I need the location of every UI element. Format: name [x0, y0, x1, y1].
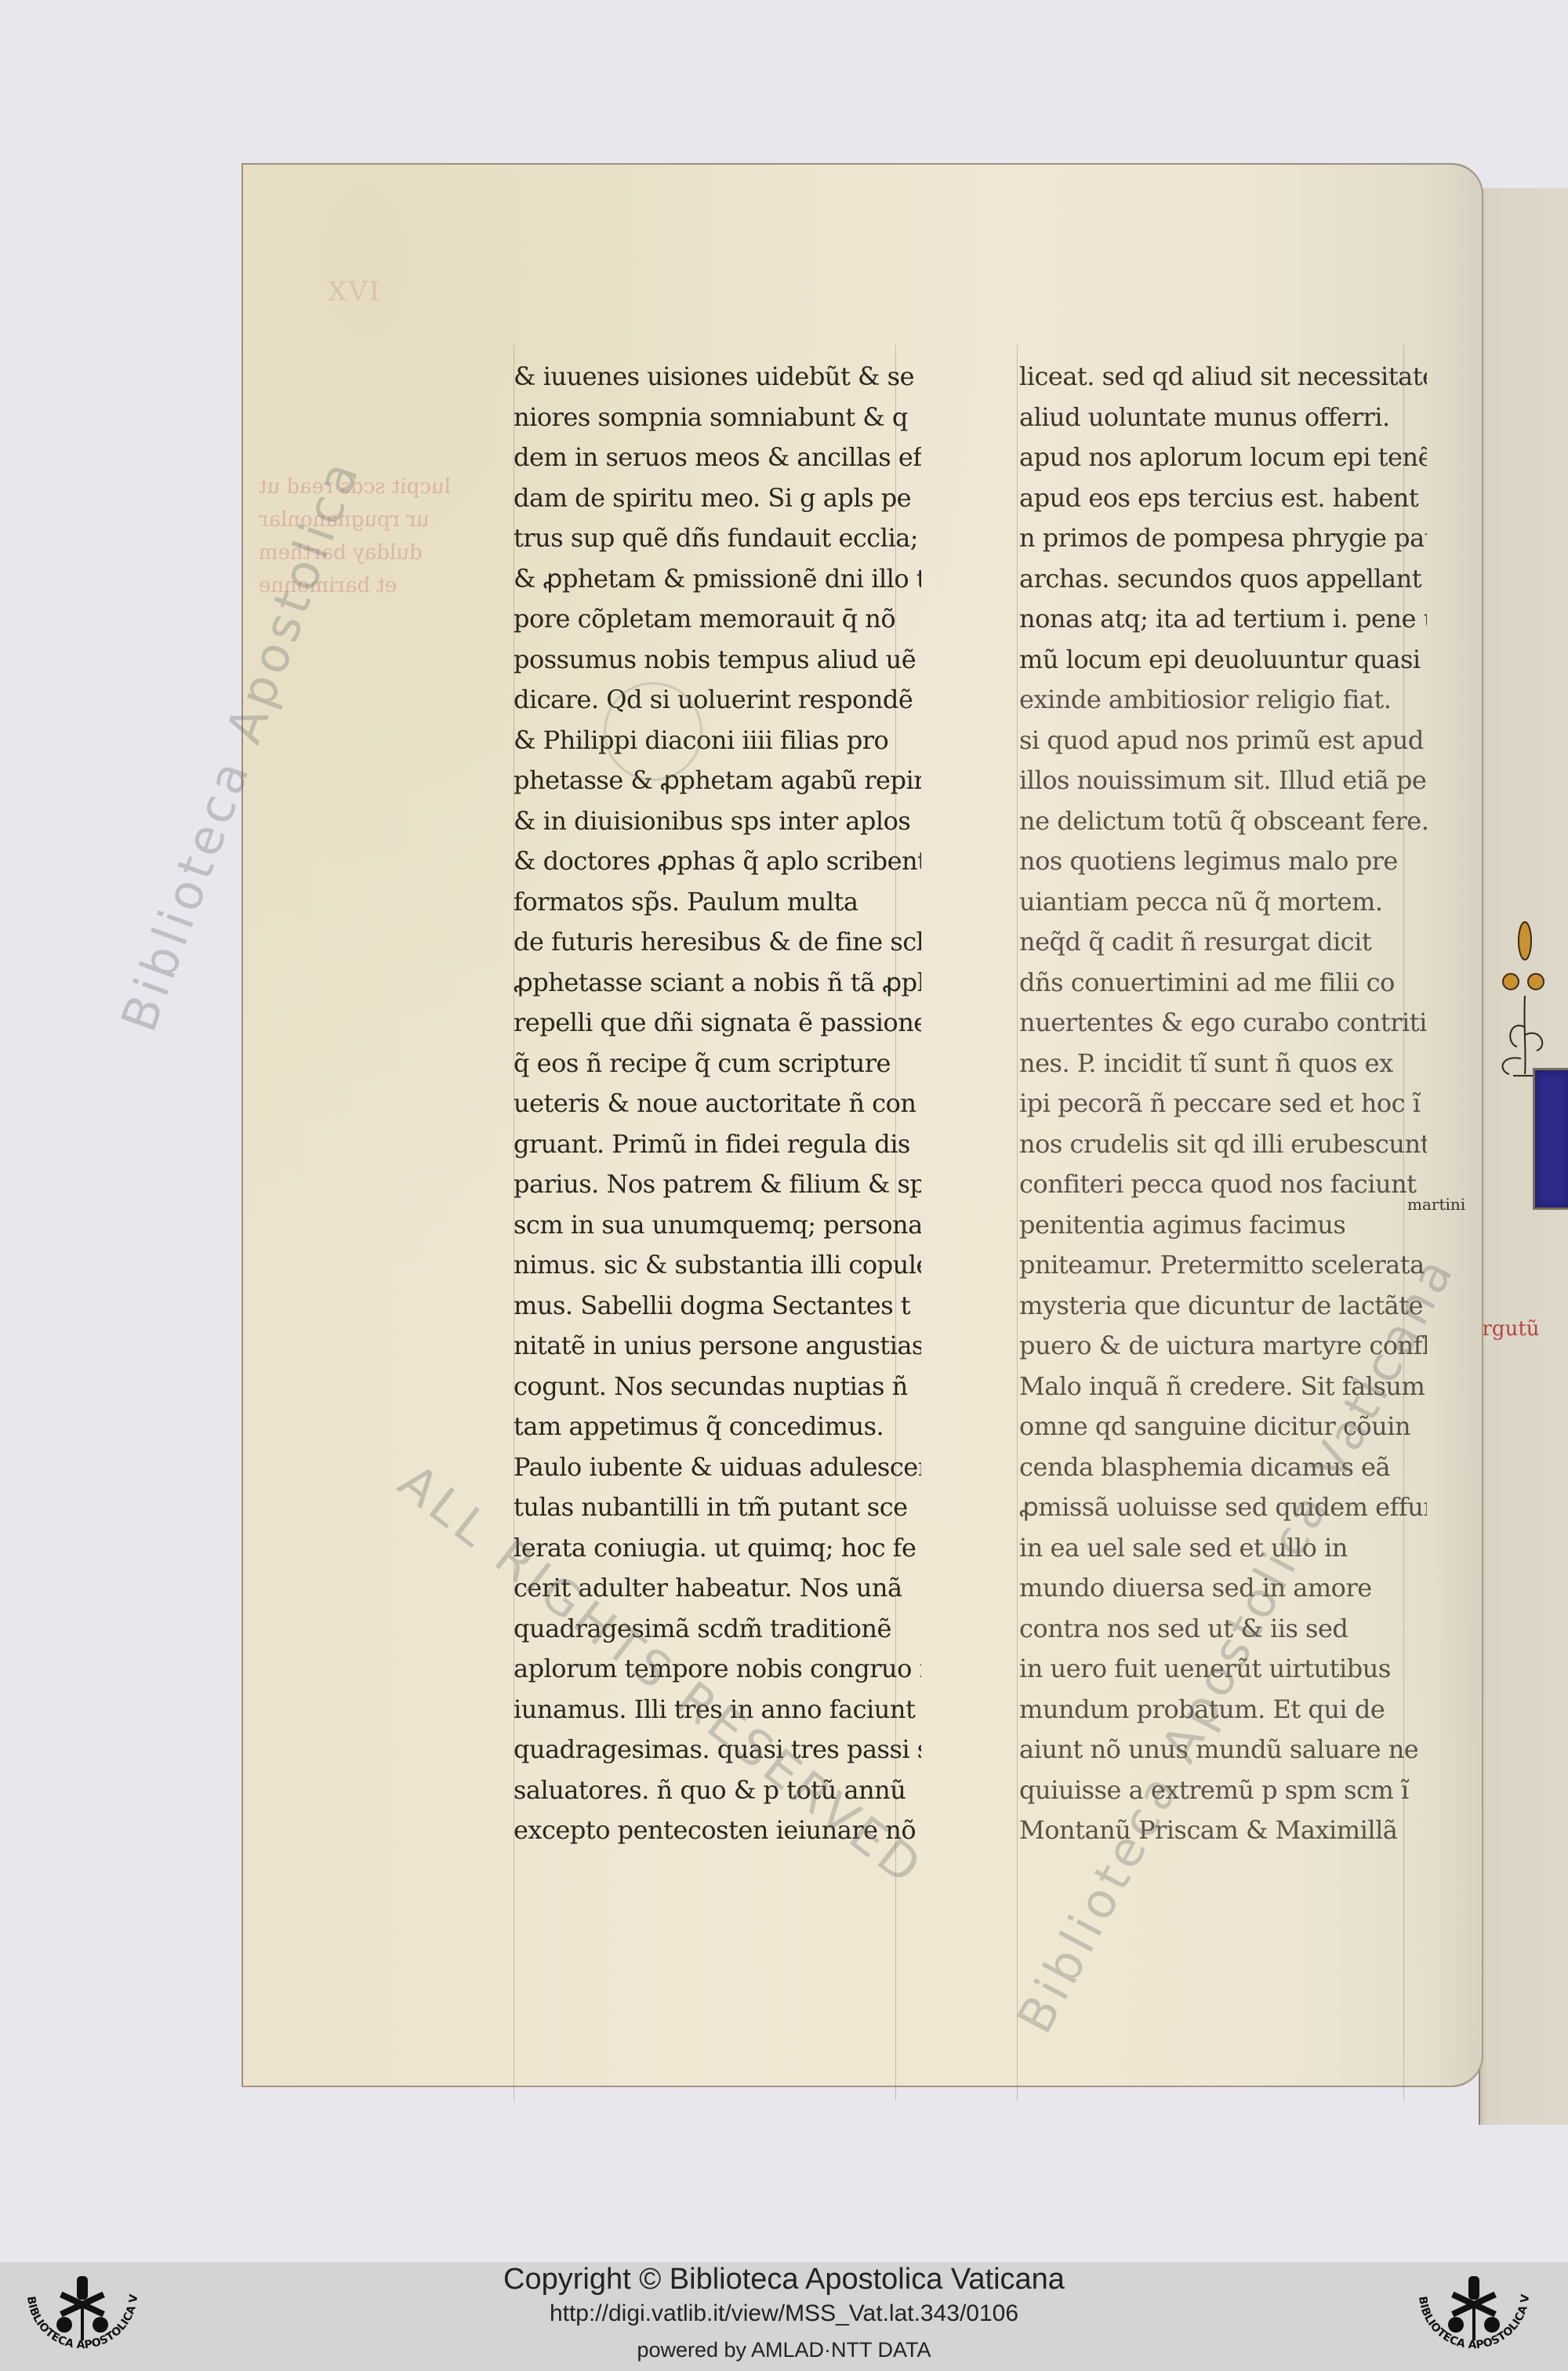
text-line: penitentia agimus facimus	[1019, 1205, 1427, 1246]
text-line: cogunt. Nos secundas nuptias ñ	[514, 1367, 921, 1407]
text-line: ipi pecorã ñ peccare sed et hoc ĩ	[1019, 1084, 1427, 1124]
text-line: & doctores ꝓphas q̃ aplo scribente	[514, 841, 921, 882]
text-line: quiuisse a extremũ p spm scm ĩ	[1019, 1770, 1427, 1811]
text-line: apud nos aplorum locum epi tenẽ.	[1019, 438, 1427, 478]
text-line: nes. P. incidit tĩ sunt ñ quos ex	[1019, 1044, 1427, 1084]
text-line: ne delictum totũ q̃ obsceant fere.	[1019, 801, 1427, 842]
text-line: exinde ambitiosior religio fiat.	[1019, 680, 1427, 721]
text-line: scm in sua unumquemq; persona po	[514, 1205, 921, 1246]
text-line: n primos de pompesa phrygie patri	[1019, 518, 1427, 559]
text-line: dñs conuertimini ad me filii co	[1019, 963, 1427, 1004]
powered-by-text: powered by AMLAD·NTT DATA	[0, 2338, 1568, 2362]
text-line: & in diuisionibus sps inter aplos	[514, 801, 921, 842]
text-line: mysteria que dicuntur de lactãte	[1019, 1286, 1427, 1327]
text-line: Paulo iubente & uiduas adulescen	[514, 1447, 921, 1488]
text-line: gruant. Primũ in fidei regula dis	[514, 1124, 921, 1165]
text-line: & ꝓphetam & pmissionẽ dni illo tẽ	[514, 559, 921, 600]
text-line: mundo diuersa sed in amore	[1019, 1568, 1427, 1609]
text-line: dicare. Qd si uoluerint respondẽ	[514, 680, 921, 721]
text-line: ꝓmissã uoluisse sed quidem effundere	[1019, 1487, 1427, 1528]
text-line: & Philippi diaconi iiii filias pro	[514, 721, 921, 761]
text-line: de futuris heresibus & de fine scli	[514, 922, 921, 963]
text-line: trus sup quẽ dñs fundauit ecclia;	[514, 518, 921, 559]
text-line: nitatẽ in unius persone angustias	[514, 1326, 921, 1367]
text-line: nos quotiens legimus malo pre	[1019, 841, 1427, 882]
text-line: ꝓphetasse sciant a nobis ñ tã ꝓphias	[514, 963, 921, 1004]
text-line: archas. secundos quos appellant ca	[1019, 559, 1427, 600]
text-line: illos nouissimum sit. Illud etiã pe	[1019, 761, 1427, 801]
watermark-seal	[604, 682, 702, 781]
text-line: dem in seruos meos & ancillas effũ	[514, 438, 921, 478]
text-line: dam de spiritu meo. Si g apls pe	[514, 478, 921, 519]
text-line: mũ locum epi deuoluuntur quasi	[1019, 640, 1427, 681]
text-line: lerata coniugia. ut quimq; hoc fe	[514, 1528, 921, 1569]
text-line: nuertentes & ego curabo contritio	[1019, 1003, 1427, 1044]
text-line: parius. Nos patrem & filium & spm	[514, 1164, 921, 1205]
text-line: Montanũ Priscam & Maximillã	[1019, 1810, 1427, 1851]
text-line: confiteri pecca quod nos faciunt	[1019, 1164, 1427, 1205]
text-line: q̃ eos ñ recipe q̃ cum scripture	[514, 1044, 921, 1084]
text-line: apud eos eps tercius est. habent	[1019, 478, 1427, 519]
text-line: aiunt nõ unus mundũ saluare ne	[1019, 1730, 1427, 1770]
text-line: liceat. sed qd aliud sit necessitate	[1019, 357, 1427, 398]
text-line: pniteamur. Pretermitto scelerata	[1019, 1245, 1427, 1286]
text-line: pore cõpletam memorauit q̄ nõ	[514, 599, 921, 640]
text-line: phetasse & ꝓphetam agabũ repiri.	[514, 761, 921, 801]
text-line: niores sompnia somniabunt & q	[514, 398, 921, 438]
text-line: & iuuenes uisiones uidebũt & se	[514, 357, 921, 398]
text-line: nimus. sic & substantia illi copule	[514, 1245, 921, 1286]
source-url[interactable]: http://digi.vatlib.it/view/MSS_Vat.lat.3…	[0, 2300, 1568, 2327]
text-line: possumus nobis tempus aliud uẽ	[514, 640, 921, 681]
text-line: uiantiam pecca nũ q̃ mortem.	[1019, 882, 1427, 923]
text-line: nonas atq; ita ad tertium i. pene ulti	[1019, 599, 1427, 640]
text-line: tam appetimus q̃ concedimus.	[514, 1407, 921, 1447]
text-line: repelli que dñi signata ẽ passione.	[514, 1003, 921, 1044]
text-line: neq̃d q̃ cadit ñ resurgat dicit	[1019, 922, 1427, 963]
faint-page-number: XVI	[328, 276, 381, 307]
text-line: tulas nubantilli in tm̃ putant sce	[514, 1487, 921, 1528]
marginal-note: martini	[1407, 1195, 1465, 1214]
text-line: in ea uel sale sed et ullo in	[1019, 1528, 1427, 1569]
text-line: formatos sp̃s. Paulum multa	[514, 882, 921, 923]
ruling-line	[1017, 345, 1018, 2101]
text-line: mus. Sabellii dogma Sectantes t	[514, 1286, 921, 1327]
text-line: nos crudelis sit qd illi erubescunt	[1019, 1124, 1427, 1165]
copyright-text: Copyright © Biblioteca Apostolica Vatica…	[0, 2263, 1568, 2297]
illuminated-initial	[1533, 1068, 1568, 1210]
text-line: ueteris & noue auctoritate ñ con	[514, 1084, 921, 1124]
text-line: aliud uoluntate munus offerri.	[1019, 398, 1427, 438]
text-line: si quod apud nos primũ est apud	[1019, 721, 1427, 761]
